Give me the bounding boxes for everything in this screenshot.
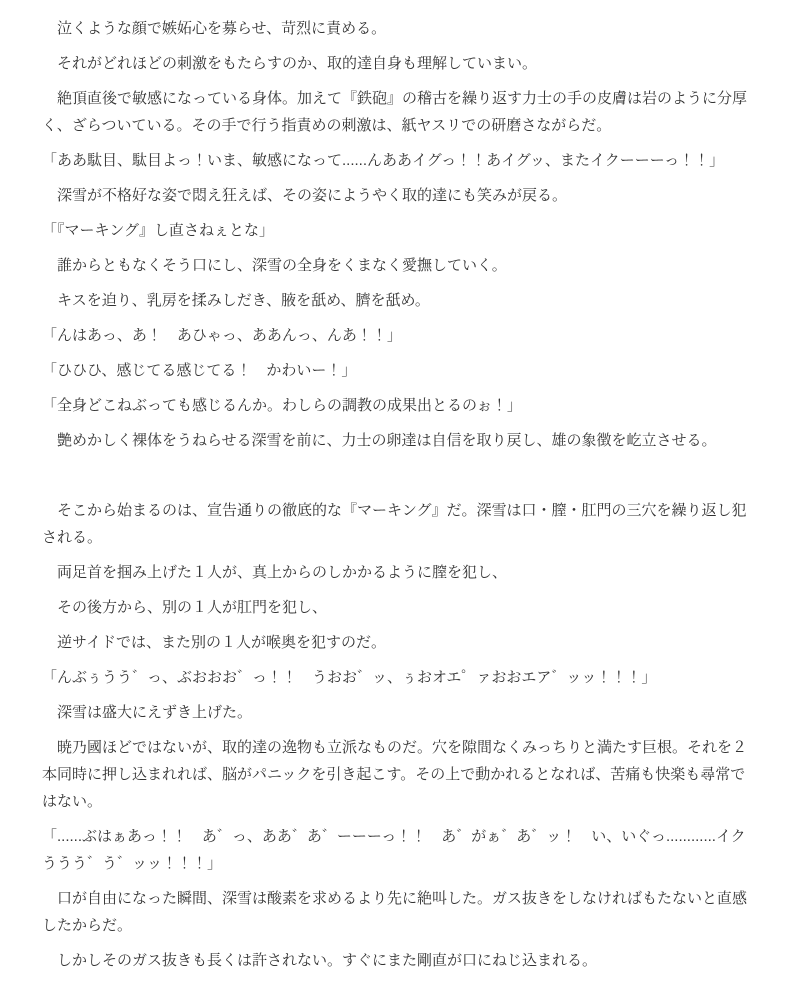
paragraph-12: 艶めかしく裸体をうねらせる深雪を前に、力士の卵達は自信を取り戻し、雄の象徴を屹立… [42,427,748,454]
page: { "page": { "background": "#ffffff", "te… [0,0,803,998]
paragraph-5: 深雪が不格好な姿で悶え狂えば、その姿にようやく取的達にも笑みが戻る。 [42,182,748,209]
paragraph-19: 深雪は盛大にえずき上げた。 [42,699,748,726]
paragraph-10: 「ひひひ、感じてる感じてる！ かわいー！」 [42,357,748,384]
paragraph-20: 暁乃國ほどではないが、取的達の逸物も立派なものだ。穴を隙間なくみっちりと満たす巨… [42,734,748,815]
paragraph-16: その後方から、別の１人が肛門を犯し、 [42,594,748,621]
paragraph-13 [42,462,748,489]
paragraph-3: 絶頂直後で敏感になっている身体。加えて『鉄砲』の稽古を繰り返す力士の手の皮膚は岩… [42,85,748,139]
paragraph-11: 「全身どこねぶっても感じるんか。わしらの調教の成果出とるのぉ！」 [42,392,748,419]
paragraph-15: 両足首を掴み上げた１人が、真上からのしかかるように膣を犯し、 [42,559,748,586]
paragraph-7: 誰からともなくそう口にし、深雪の全身をくまなく愛撫していく。 [42,252,748,279]
paragraph-21: 「......ぶはぁあっ！！ あ゛っ、ああ゛あ゛ーーーっ！！ あ゛がぁ゛あ゛ッ！… [42,823,748,877]
paragraph-17: 逆サイドでは、また別の１人が喉奥を犯すのだ。 [42,629,748,656]
paragraph-6: 「『マーキング』し直さねぇとな」 [42,217,748,244]
paragraph-14: そこから始まるのは、宣告通りの徹底的な『マーキング』だ。深雪は口・膣・肛門の三穴… [42,497,748,551]
paragraph-8: キスを迫り、乳房を揉みしだき、腋を舐め、臍を舐め。 [42,287,748,314]
paragraph-22: 口が自由になった瞬間、深雪は酸素を求めるより先に絶叫した。ガス抜きをしなければも… [42,885,748,939]
paragraph-2: それがどれほどの刺激をもたらすのか、取的達自身も理解していまい。 [42,50,748,77]
paragraph-23: しかしそのガス抜きも長くは許されない。すぐにまた剛直が口にねじ込まれる。 [42,947,748,974]
paragraph-9: 「んはあっ、あ！ あひゃっ、ああんっ、んあ！！」 [42,322,748,349]
document-body: 泣くような顔で嫉妬心を募らせ、苛烈に責める。それがどれほどの刺激をもたらすのか、… [0,0,803,998]
paragraph-18: 「んぶぅうう゛っ、ぶおおお゛っ！！ うおお゛ッ、ぅおオエ゜ァおおエア゛ッッ！！！… [42,664,748,691]
paragraph-1: 泣くような顔で嫉妬心を募らせ、苛烈に責める。 [42,15,748,42]
paragraph-4: 「ああ駄目、駄目よっ！いま、敏感になって......んああイグっ！！あイグッ、ま… [42,147,748,174]
